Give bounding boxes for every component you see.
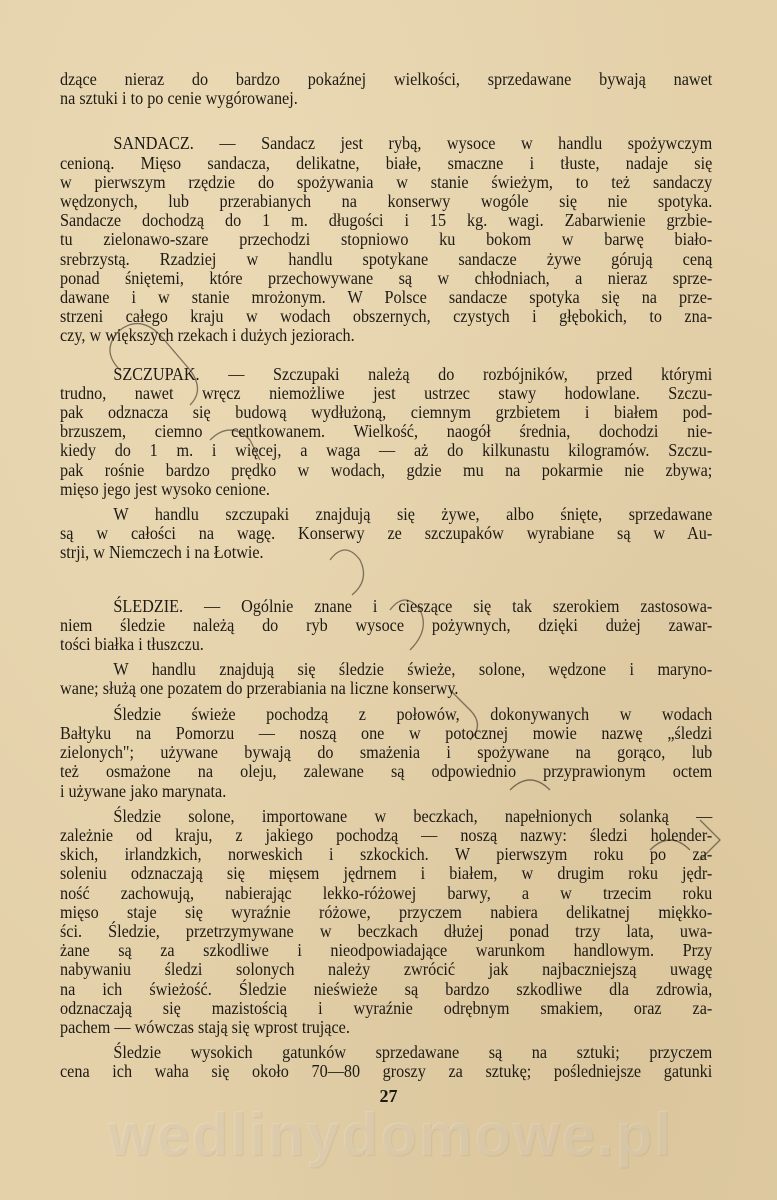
text-line: cena ich waha się około 70—80 groszy za … [60,1062,712,1081]
paragraph-sledzie-swieze: Śledzie świeże pochodzą z połowów, dokon… [60,705,712,801]
book-page-text: dzące nieraz do bardzo pokaźnej wielkośc… [60,70,712,1082]
text-line: tu zielonawo-szare przechodzi stopniowo … [60,230,712,249]
text-line: Śledzie solone, importowane w beczkach, … [60,807,712,826]
paragraph-sledzie-solone: Śledzie solone, importowane w beczkach, … [60,807,712,1037]
text-line: nabywaniu śledzi solonych należy zwrócić… [60,960,712,979]
text-line: ponad śniętemi, które przechowywane są w… [60,269,712,288]
text-line: cenioną. Mięso sandacza, delikatne, biał… [60,154,712,173]
text-line: ści. Śledzie, przetrzymywane w beczkach … [60,922,712,941]
text-line: w pierwszym rzędzie do spożywania w stan… [60,173,712,192]
text-line: ność zachowują, nabierając lekko-różowej… [60,884,712,903]
text-line: srebrzystą. Rzadziej w handlu spotykane … [60,250,712,269]
text-line: czy, w większych rzekach i dużych jezior… [60,326,712,345]
text-line: na ich świeżość. Śledzie nieświeże są ba… [60,980,712,999]
section-sledzie: ŚLEDZIE. — Ogólnie znane i cieszące się … [60,597,712,655]
paragraph-intro-continuation: dzące nieraz do bardzo pokaźnej wielkośc… [60,70,712,108]
text-line: są w całości na wagę. Konserwy ze szczup… [60,524,712,543]
section-sandacz: SANDACZ. — Sandacz jest rybą, wysoce w h… [60,134,712,345]
text-line: niem śledzie należą do ryb wysoce pożywn… [60,616,712,635]
text-line: Bałtyku na Pomorzu — noszą one w potoczn… [60,724,712,743]
text-line: strji, w Niemczech i na Łotwie. [60,543,712,562]
text-line: zielonych"; używane bywają do smażenia i… [60,743,712,762]
text-line: Sandacze dochodzą do 1 m. długości i 15 … [60,211,712,230]
section-heading-line: SZCZUPAK. — Szczupaki należą do rozbójni… [60,365,712,384]
paragraph-sledzie-ceny: Śledzie wysokich gatunków sprzedawane są… [60,1043,712,1081]
text-line: Śledzie wysokich gatunków sprzedawane są… [60,1043,712,1062]
text-line: Śledzie świeże pochodzą z połowów, dokon… [60,705,712,724]
text-line: tości białka i tłuszczu. [60,635,712,654]
text-line: dawane i w stanie mrożonym. W Polsce san… [60,288,712,307]
text-line: kiedy do 1 m. i więcej, a waga — aż do k… [60,441,712,460]
text-line: soleniu odznaczają się mięsem jędrnem i … [60,864,712,883]
text-line: W handlu szczupaki znajdują się żywe, al… [60,505,712,524]
text-line: dzące nieraz do bardzo pokaźnej wielkośc… [60,70,712,89]
text-line: brzuszem, ciemno centkowanem. Wielkość, … [60,422,712,441]
text-line: mięso staje się wyraźnie różowe, przycze… [60,903,712,922]
text-line: odznaczają się mazistością i wyraźnie od… [60,999,712,1018]
text-line: żane są za szkodliwe i nieodpowiadające … [60,941,712,960]
text-line: pachem — wówczas stają się wprost trując… [60,1018,712,1037]
paragraph-sledzie-handel: W handlu znajdują się śledzie świeże, so… [60,660,712,698]
text-line: wędzonych, lub przerabianych na konserwy… [60,192,712,211]
text-line: też osmażone na oleju, zalewane są odpow… [60,762,712,781]
section-heading-line: ŚLEDZIE. — Ogólnie znane i cieszące się … [60,597,712,616]
text-line: na sztuki i to po cenie wygórowanej. [60,89,712,108]
text-line: strzeni całego kraju w wodach obszernych… [60,307,712,326]
text-line: skich, irlandzkich, norweskich i szkocki… [60,845,712,864]
text-line: wane; służą one pozatem do przerabiania … [60,679,712,698]
text-line: mięso jego jest wysoko cenione. [60,480,712,499]
text-line: pak rośnie bardzo prędko w wodach, gdzie… [60,461,712,480]
text-line: trudno, nawet wręcz niemożliwe jest ustr… [60,384,712,403]
text-line: i używane jako marynata. [60,782,712,801]
paragraph-szczupak-handel: W handlu szczupaki znajdują się żywe, al… [60,505,712,563]
text-line: pak odznacza się budową wydłużoną, ciemn… [60,403,712,422]
site-watermark: wedlinydomowe.pl [40,1100,740,1169]
text-line: zależnie od kraju, z jakiego pochodzą — … [60,826,712,845]
text-line: W handlu znajdują się śledzie świeże, so… [60,660,712,679]
section-szczupak: SZCZUPAK. — Szczupaki należą do rozbójni… [60,365,712,499]
section-heading-line: SANDACZ. — Sandacz jest rybą, wysoce w h… [60,134,712,153]
